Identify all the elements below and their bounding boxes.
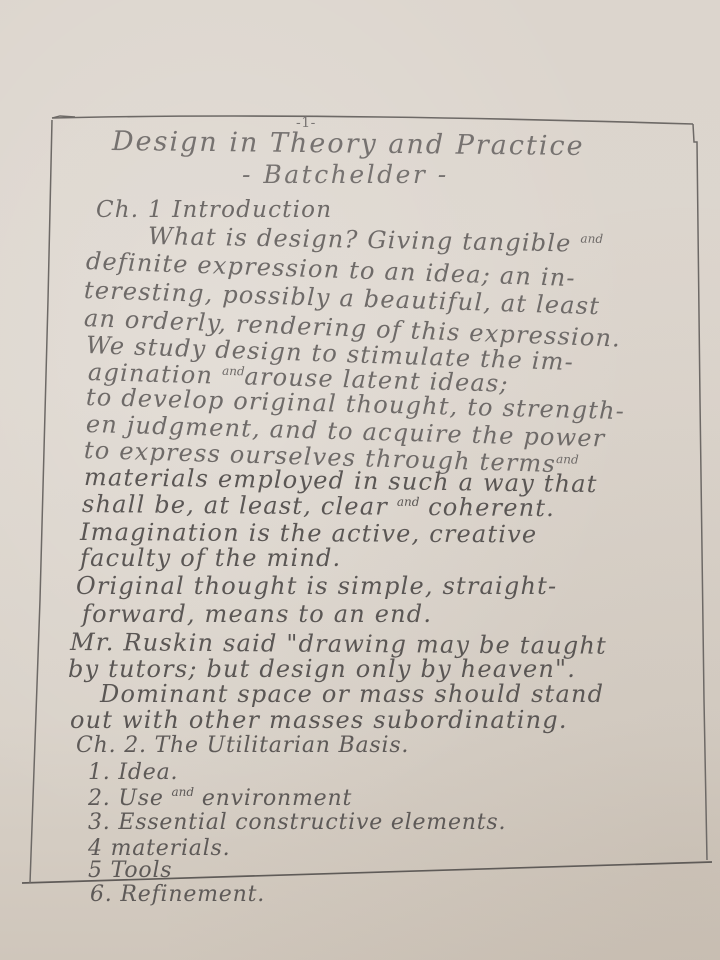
list-item: 5 Tools [88,858,172,883]
chapter-2-heading: Ch. 2. The Utilitarian Basis. [76,733,409,758]
list-item: 6. Refinement. [90,882,265,907]
text-line: faculty of the mind. [80,544,341,572]
insertion-mark: and [580,232,603,246]
list-item: 2. Use and environment [88,785,352,811]
text-line: forward, means to an end. [82,600,432,628]
insertion-mark: and [397,495,420,509]
text-line: Dominant space or mass should stand [100,680,604,708]
list-item: 1. Idea. [88,760,178,785]
insertion-mark: and [556,452,579,467]
text-line: Original thought is simple, straight- [76,572,557,600]
insertion-mark: and [222,364,245,379]
text-line: out with other masses subordinating. [70,706,568,734]
document-title: Design in Theory and Practice [112,126,585,162]
text-line: shall be, at least, clear and coherent. [82,490,555,522]
text-line: by tutors; but design only by heaven". [68,655,576,683]
list-item: 3. Essential constructive elements. [88,810,506,835]
insertion-mark: and [171,785,194,799]
document-author: - Batchelder - [242,160,449,189]
chapter-1-heading: Ch. 1 Introduction [96,197,332,223]
